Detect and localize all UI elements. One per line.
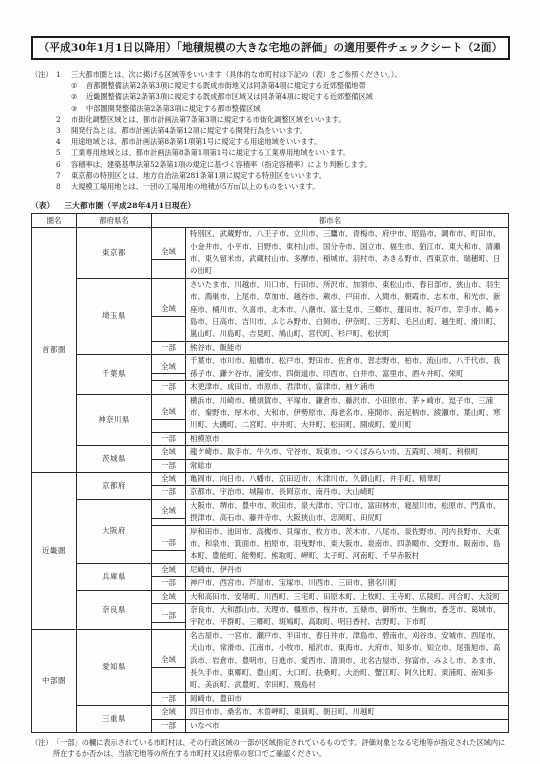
table-row: 三重県全域四日市市、桑名市、木曽岬町、東員町、朝日町、川越町 xyxy=(32,706,509,719)
scope-label: 全域 xyxy=(152,654,185,667)
note-sub-text: 近畿圏整備法第2条第3項に規定する既成都市区域又は同条第4項に規定する近郊整備区… xyxy=(86,91,510,102)
checksheet-page-2: （平成30年1月1日以降用）「地積規模の大きな宅地の評価」の適用要件チェックシー… xyxy=(0,0,540,764)
note-text: 容積率は、建築基準法第52条第1項の規定に基づく容積率（指定容積率）により判断し… xyxy=(71,159,510,170)
region-name: 近畿圏 xyxy=(32,472,77,629)
note-number: 7 xyxy=(56,170,71,181)
cities-text: 横浜市、川崎市、横須賀市、平塚市、鎌倉市、藤沢市、小田原市、茅ヶ崎市、逗子市、三… xyxy=(186,394,509,432)
cities-text: 相模原市 xyxy=(186,432,509,445)
prefecture-name: 埼玉県 xyxy=(77,278,152,354)
note-row-7: 7東京都の特別区とは、地方自治法第281条第1項に規定する特別区をいいます。 xyxy=(31,170,510,181)
scope-label: 全域 xyxy=(152,303,185,316)
scope-label: 全域 xyxy=(152,406,185,419)
scope-cell: 全域 xyxy=(152,355,186,381)
scope-label: 一部 xyxy=(152,610,185,623)
scope-cell: 全域 xyxy=(152,706,186,719)
note-text: 市街化調整区域とは、都市計画法第7条第3項に規定する市街化調整区域をいいます。 xyxy=(71,114,510,125)
cities-text: 亀岡市、向日市、八幡市、京田辺市、木津川市、久御山町、井手町、精華町 xyxy=(186,472,509,485)
scope-label: 一部 xyxy=(152,537,185,550)
prefecture-name: 茨城県 xyxy=(77,446,152,473)
note-label xyxy=(31,114,56,125)
note-sub-number: ① xyxy=(71,80,86,91)
note-label xyxy=(31,181,56,192)
prefecture-name: 大阪府 xyxy=(77,499,152,563)
note-number: 8 xyxy=(56,181,71,192)
note-label xyxy=(31,136,56,147)
note-subrow-①: ①首都圏整備法第2条第3項に規定する既成市街地又は同条第4項に規定する近郊整備地… xyxy=(31,80,510,91)
table-row: 首都圏東京都全域特別区、武蔵野市、八王子市、立川市、三鷹市、青梅市、府中市、昭島… xyxy=(32,228,509,279)
note-number: 2 xyxy=(56,114,71,125)
cities-text: 奈良市、大和郡山市、天理市、橿原市、桜井市、五條市、御所市、生駒市、香芝市、葛城… xyxy=(186,604,509,630)
note-text: 開発行為とは、都市計画法第4条第12項に規定する開発行為をいいます。 xyxy=(71,125,510,136)
header-cities: 都市名 xyxy=(152,214,509,228)
prefecture-name: 東京都 xyxy=(77,228,152,279)
scope-label: 全域 xyxy=(152,446,185,458)
table-caption: （表）三大都市圏（平成28年4月1日現在） xyxy=(31,200,510,211)
cities-text: 京都市、宇治市、城陽市、長岡京市、南丹市、大山崎町 xyxy=(186,486,509,499)
note-sub-number: ② xyxy=(71,91,86,102)
note-sub-text: 首都圏整備法第2条第3項に規定する既成市街地又は同条第4項に規定する近郊整備地帯 xyxy=(86,80,510,91)
footnote-label: （注） xyxy=(31,737,53,759)
table-caption-text: 三大都市圏（平成28年4月1日現在） xyxy=(64,201,195,210)
scope-label: 全域 xyxy=(152,591,185,603)
note-row-1: （注）1三大都市圏とは、次に掲げる区域等をいいます（具体的な市町村は下記の（表）… xyxy=(31,69,510,80)
scope-cell: 全域 xyxy=(152,446,186,459)
scope-label: 一部 xyxy=(152,381,185,393)
cities-text: 四日市市、桑名市、木曽岬町、東員町、朝日町、川越町 xyxy=(186,706,509,719)
scope-cell: 一部 xyxy=(152,577,186,590)
note-text: 用途地域とは、都市計画法第8条第1項第1号に規定する用途地域をいいます。 xyxy=(71,136,510,147)
cities-text: 岸和田市、池田市、高槻市、貝塚市、枚方市、茨木市、八尾市、泉佐野市、河内長野市、… xyxy=(186,525,509,563)
cities-text: 大阪市、堺市、豊中市、吹田市、泉大津市、守口市、富田林市、寝屋川市、松原市、門真… xyxy=(186,499,509,525)
note-indent xyxy=(56,80,71,91)
cities-text: 熊谷市、飯能市 xyxy=(186,341,509,354)
scope-cell: 全域 xyxy=(152,278,186,341)
table-row: 茨城県全域龍ケ崎市、取手市、牛久市、守谷市、坂東市、つくばみらい市、五霞町、境町… xyxy=(32,446,509,459)
note-indent xyxy=(31,91,56,102)
prefecture-name: 京都府 xyxy=(77,472,152,499)
footnote: （注） 「一部」の欄に表示されている市町村は、その行政区域の一部が区域指定されて… xyxy=(31,737,510,759)
table-row: 大阪府全域大阪市、堺市、豊中市、吹田市、泉大津市、守口市、富田林市、寝屋川市、松… xyxy=(32,499,509,525)
cities-text: 岡崎市、豊田市 xyxy=(186,692,509,705)
scope-cell: 一部 xyxy=(152,692,186,705)
scope-label: 一部 xyxy=(152,433,185,445)
header-region: 圏名 xyxy=(32,214,77,228)
cities-text: 大和高田市、安堵町、川西町、三宅町、田原本町、上牧町、王寺町、広陵町、河合町、大… xyxy=(186,590,509,603)
note-label xyxy=(31,170,56,181)
scope-label: 一部 xyxy=(152,342,185,354)
prefecture-name: 愛知県 xyxy=(77,629,152,705)
scope-cell: 全域 xyxy=(152,394,186,432)
scope-cell: 全域 xyxy=(152,472,186,485)
scope-label: 一部 xyxy=(152,720,185,732)
note-label: （注） xyxy=(31,69,56,80)
scope-label: 全域 xyxy=(152,706,185,718)
scope-label: 一部 xyxy=(152,486,185,498)
scope-cell: 一部 xyxy=(152,525,186,563)
prefecture-name: 神奈川県 xyxy=(77,394,152,446)
scope-cell: 全域 xyxy=(152,499,186,525)
scope-cell: 一部 xyxy=(152,719,186,732)
header-prefecture: 都府県名 xyxy=(77,214,152,228)
note-number: 1 xyxy=(56,69,71,80)
scope-label: 全域 xyxy=(152,505,185,518)
scope-cell: 全域 xyxy=(152,228,186,279)
cities-text: 神戸市、西宮市、芦屋市、宝塚市、川西市、三田市、猪名川町 xyxy=(186,577,509,590)
scope-label: 一部 xyxy=(152,577,185,589)
table-row: 中部圏愛知県全域名古屋市、一宮市、瀬戸市、半田市、春日井市、津島市、碧南市、刈谷… xyxy=(32,629,509,692)
scope-label: 全域 xyxy=(152,246,185,259)
note-indent xyxy=(56,103,71,114)
table-header-row: 圏名 都府県名 都市名 xyxy=(32,214,509,228)
scope-cell: 一部 xyxy=(152,604,186,630)
scope-cell: 一部 xyxy=(152,381,186,394)
cities-text: 龍ケ崎市、取手市、牛久市、守谷市、坂東市、つくばみらい市、五霞町、境町、利根町 xyxy=(186,446,509,459)
note-label xyxy=(31,147,56,158)
metro-area-table: 圏名 都府県名 都市名 首都圏東京都全域特別区、武蔵野市、八王子市、立川市、三鷹… xyxy=(31,213,509,733)
note-subrow-③: ③中部圏開発整備法第2条第3項に規定する都市整備区域 xyxy=(31,103,510,114)
note-text: 工業専用地域とは、都市計画法第8条第1項第1号に規定する工業専用地域をいいます。 xyxy=(71,147,510,158)
scope-cell: 一部 xyxy=(152,341,186,354)
note-label xyxy=(31,125,56,136)
note-row-8: 8大規模工場用地とは、一団の工場用地の地積が5万㎡以上のものをいいます。 xyxy=(31,181,510,192)
prefecture-name: 三重県 xyxy=(77,706,152,733)
note-sub-text: 中部圏開発整備法第2条第3項に規定する都市整備区域 xyxy=(86,103,510,114)
cities-text: 木更津市、成田市、市原市、君津市、富津市、袖ケ浦市 xyxy=(186,381,509,394)
note-number: 4 xyxy=(56,136,71,147)
note-row-2: 2市街化調整区域とは、都市計画法第7条第3項に規定する市街化調整区域をいいます。 xyxy=(31,114,510,125)
table-row: 埼玉県全域さいたま市、川越市、川口市、行田市、所沢市、加須市、東松山市、春日部市… xyxy=(32,278,509,341)
table-row: 兵庫県全域尼崎市、伊丹市 xyxy=(32,563,509,576)
cities-text: 千葉市、市川市、船橋市、松戸市、野田市、佐倉市、習志野市、柏市、流山市、八千代市… xyxy=(186,355,509,381)
scope-cell: 一部 xyxy=(152,459,186,472)
note-subrow-②: ②近畿圏整備法第2条第3項に規定する既成都市区域又は同条第4項に規定する近郊整備… xyxy=(31,91,510,102)
note-row-4: 4用途地域とは、都市計画法第8条第1項第1号に規定する用途地域をいいます。 xyxy=(31,136,510,147)
note-indent xyxy=(56,91,71,102)
cities-text: 特別区、武蔵野市、八王子市、立川市、三鷹市、青梅市、府中市、昭島市、調布市、町田… xyxy=(186,228,509,279)
table-row: 近畿圏京都府全域亀岡市、向日市、八幡市、京田辺市、木津川市、久御山町、井手町、精… xyxy=(32,472,509,485)
note-row-6: 6容積率は、建築基準法第52条第1項の規定に基づく容積率（指定容積率）により判断… xyxy=(31,159,510,170)
prefecture-name: 千葉県 xyxy=(77,355,152,394)
note-label xyxy=(31,159,56,170)
scope-cell: 全域 xyxy=(152,590,186,603)
table-row: 奈良県全域大和高田市、安堵町、川西町、三宅町、田原本町、上牧町、王寺町、広陵町、… xyxy=(32,590,509,603)
scope-cell: 全域 xyxy=(152,563,186,576)
note-sub-number: ③ xyxy=(71,103,86,114)
prefecture-name: 奈良県 xyxy=(77,590,152,629)
footnote-text: 「一部」の欄に表示されている市町村は、その行政区域の一部が区域指定されているもの… xyxy=(53,737,510,759)
note-number: 6 xyxy=(56,159,71,170)
scope-cell: 全域 xyxy=(152,629,186,692)
cities-text: 尼崎市、伊丹市 xyxy=(186,563,509,576)
table-caption-label: （表） xyxy=(31,201,54,210)
note-number: 3 xyxy=(56,125,71,136)
scope-label: 全域 xyxy=(152,361,185,374)
scope-cell: 一部 xyxy=(152,432,186,445)
cities-text: さいたま市、川越市、川口市、行田市、所沢市、加須市、東松山市、春日部市、狭山市、… xyxy=(186,278,509,341)
page-title: （平成30年1月1日以降用）「地積規模の大きな宅地の評価」の適用要件チェックシー… xyxy=(31,36,510,60)
scope-label: 全域 xyxy=(152,473,185,485)
table-row: 千葉県全域千葉市、市川市、船橋市、松戸市、野田市、佐倉市、習志野市、柏市、流山市… xyxy=(32,355,509,381)
note-text: 大規模工場用地とは、一団の工場用地の地積が5万㎡以上のものをいいます。 xyxy=(71,181,510,192)
cities-text: 名古屋市、一宮市、瀬戸市、半田市、春日井市、津島市、碧南市、刈谷市、安城市、西尾… xyxy=(186,629,509,692)
prefecture-name: 兵庫県 xyxy=(77,563,152,590)
scope-cell: 一部 xyxy=(152,486,186,499)
table-row: 神奈川県全域横浜市、川崎市、横須賀市、平塚市、鎌倉市、藤沢市、小田原市、茅ヶ崎市… xyxy=(32,394,509,432)
region-name: 中部圏 xyxy=(32,629,77,732)
cities-text: 常総市 xyxy=(186,459,509,472)
note-indent xyxy=(31,103,56,114)
note-row-5: 5工業専用地域とは、都市計画法第8条第1項第1号に規定する工業専用地域をいいます… xyxy=(31,147,510,158)
note-number: 5 xyxy=(56,147,71,158)
notes-section: （注）1三大都市圏とは、次に掲げる区域等をいいます（具体的な市町村は下記の（表）… xyxy=(31,69,510,192)
region-name: 首都圏 xyxy=(32,228,77,473)
cities-text: いなべ市 xyxy=(186,719,509,732)
scope-label: 全域 xyxy=(152,564,185,576)
note-indent xyxy=(31,80,56,91)
note-text: 三大都市圏とは、次に掲げる区域等をいいます（具体的な市町村は下記の（表）をご参照… xyxy=(71,69,510,80)
note-row-3: 3開発行為とは、都市計画法第4条第12項に規定する開発行為をいいます。 xyxy=(31,125,510,136)
scope-label: 一部 xyxy=(152,460,185,472)
note-text: 東京都の特別区とは、地方自治法第281条第1項に規定する特別区をいいます。 xyxy=(71,170,510,181)
scope-label: 一部 xyxy=(152,693,185,705)
